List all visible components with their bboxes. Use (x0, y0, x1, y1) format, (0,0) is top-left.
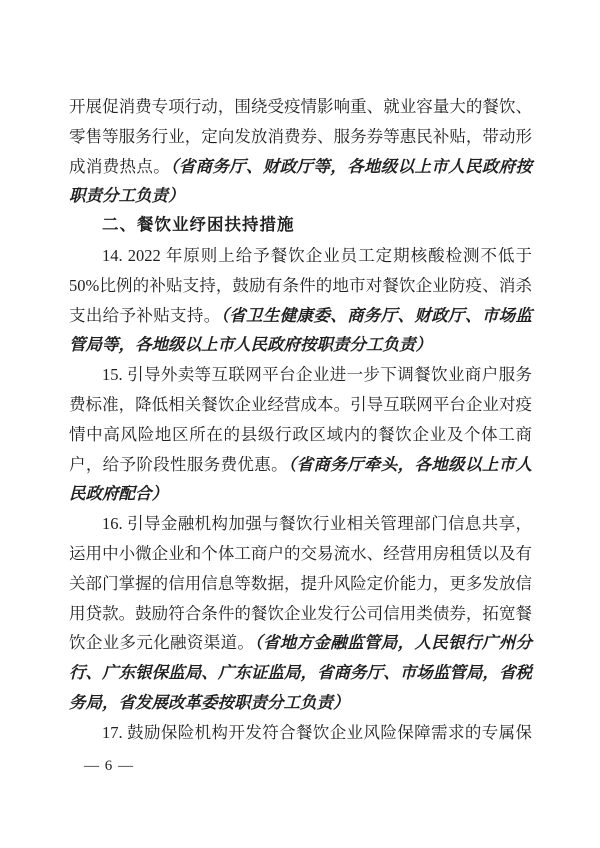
section-heading: 二、餐饮业纾困扶持措施 (69, 211, 532, 241)
paragraph-item-14: 14. 2022 年原则上给予餐饮企业员工定期核酸检测不低于50%比例的补贴支持… (69, 241, 532, 360)
item-16-text: 16. 引导金融机构加强与餐饮行业相关管理部门信息共享，运用中小微企业和个体工商… (69, 514, 532, 652)
item-17-text: 17. 鼓励保险机构开发符合餐饮企业风险保障需求的专属保 (102, 723, 532, 742)
page-number: — 6 — (84, 756, 134, 776)
document-body: 开展促消费专项行动，围绕受疫情影响重、就业容量大的餐饮、零售等服务行业，定向发放… (69, 92, 532, 748)
paragraph-item-16: 16. 引导金融机构加强与餐饮行业相关管理部门信息共享，运用中小微企业和个体工商… (69, 509, 532, 718)
paragraph-item-17: 17. 鼓励保险机构开发符合餐饮企业风险保障需求的专属保 (69, 718, 532, 748)
intro-paragraph: 开展促消费专项行动，围绕受疫情影响重、就业容量大的餐饮、零售等服务行业，定向发放… (69, 92, 532, 211)
document-page: 开展促消费专项行动，围绕受疫情影响重、就业容量大的餐饮、零售等服务行业，定向发放… (0, 0, 600, 848)
paragraph-item-15: 15. 引导外卖等互联网平台企业进一步下调餐饮业商户服务费标准，降低相关餐饮企业… (69, 360, 532, 509)
